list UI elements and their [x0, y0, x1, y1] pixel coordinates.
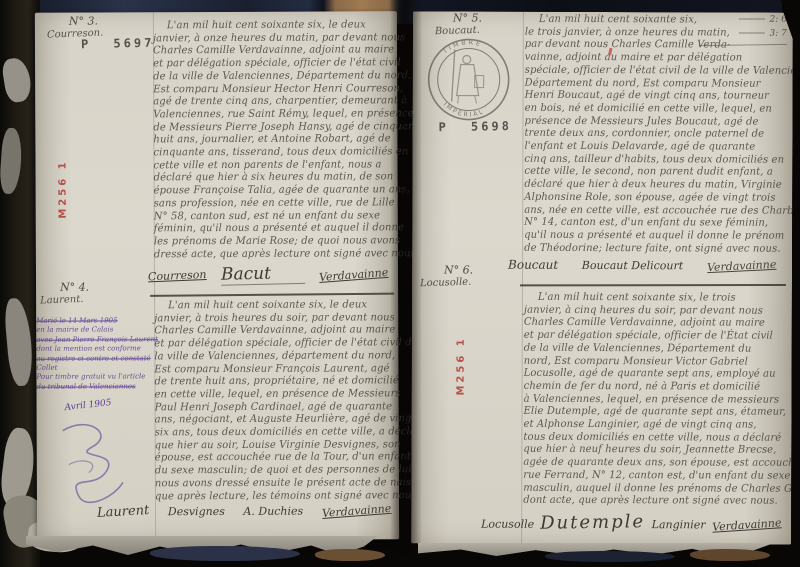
seal-top-text: TIMBRE: [440, 38, 483, 56]
manuscript-line: Alphonsine Role, son épouse, agée de vin…: [524, 191, 782, 205]
act-number: N° 3.: [69, 15, 98, 28]
act-number: N° 6.: [444, 263, 473, 276]
manuscript-line: la ville de Valenciennes, département du…: [154, 350, 392, 364]
archive-red-stamp: M256 1: [57, 149, 68, 219]
manuscript-line: agée de quarante deux ans, son épouse, e…: [523, 457, 781, 471]
manuscript-line: l'enfant et Louis Delavarde, agé de quar…: [524, 141, 782, 155]
entry-separator-line: [150, 293, 394, 297]
register-book-photo: N° 3. Courreson. P 5697 M256 1 L'an mil …: [0, 0, 800, 567]
signature: Dutemple: [540, 511, 645, 533]
signature: Boucaut Delicourt: [582, 259, 683, 272]
act-number: N° 4.: [60, 281, 89, 294]
manuscript-line: dressé acte, que après lecture ont signé…: [154, 248, 392, 262]
manuscript-line: de la ville de Valenciennes, Département…: [153, 70, 391, 84]
manuscript-line: rue Ferrand, N° 12, canton est, d'un enf…: [523, 469, 781, 483]
marriage-marginal-note: Marié le 14 Mars 1905en la mairie de Cal…: [36, 316, 152, 392]
manuscript-line: sans profession, née en cette ville, rue…: [154, 197, 392, 211]
marbled-cover-patch: [150, 546, 300, 561]
signature-row: BoucautBoucaut DelicourtVerdavainne: [508, 258, 776, 283]
entry-separator-line: [520, 284, 786, 286]
manuscript-line: nous avons dressé ensuite le présent act…: [155, 477, 393, 491]
signature-row: LaurentDesvignesA. DuchiesVerdavainne: [97, 503, 391, 530]
marginal-note-line: en la mairie de Calais: [36, 326, 152, 336]
left-page: N° 3. Courreson. P 5697 M256 1 L'an mil …: [35, 11, 399, 541]
seal-figure: [452, 49, 484, 103]
act-text: L'an mil huit cent soixante six, le deux…: [153, 19, 392, 261]
manuscript-line: en bois, né et domicilié en cette ville,…: [525, 102, 783, 116]
marginal-note-date: Avril 1905: [64, 398, 112, 413]
manuscript-line: de la ville de Valenciennes, Département…: [524, 342, 782, 356]
manuscript-line: spéciale, officier de l'état civil de la…: [525, 64, 783, 78]
manuscript-line: dont acte, que après lecture ont signé a…: [523, 495, 781, 509]
marbled-cover-patch: [690, 549, 770, 561]
marginal-note-line: au registre ci-contre et constaté: [36, 354, 152, 364]
act-name: Locusolle.: [420, 277, 472, 290]
manuscript-line: les prénoms de Marie Rose; de quoi nous …: [154, 235, 392, 249]
marginal-note-line: Collet: [36, 363, 152, 373]
signature: Langinier: [652, 518, 706, 531]
signature: Boucaut: [508, 258, 558, 272]
act-name: Laurent.: [40, 294, 84, 307]
signature-row: CourresonBacutVerdavainne: [148, 263, 388, 290]
right-page: N° 5. Boucaut. TIMBRE IMPERIAL: [411, 11, 793, 544]
manuscript-line: L'an mil huit cent soixante six, le deux: [153, 19, 391, 33]
signature: Desvignes: [168, 505, 225, 518]
manuscript-line: de Théodorine; lecture faite, ont signé …: [524, 242, 782, 256]
manuscript-line: L'an mil huit cent soixante six, le troi…: [524, 291, 782, 305]
manuscript-line: vainne, adjoint au maire et par délégati…: [525, 52, 783, 66]
timbre-imperial-seal: TIMBRE IMPERIAL: [425, 35, 513, 123]
act-text: L'an mil huit cent soixante six, le deux…: [154, 299, 393, 503]
manuscript-line: en cette ville, lequel, en présence de M…: [154, 388, 392, 402]
press-number-stamp: P 5697: [81, 36, 155, 52]
manuscript-line: L'an mil huit cent soixante six, le deux: [154, 299, 392, 313]
book-gutter-shadow: [390, 0, 422, 555]
signature: Verdavainne: [321, 502, 391, 520]
svg-text:TIMBRE: TIMBRE: [440, 38, 483, 56]
signature: Verdavainne: [318, 266, 388, 284]
seal-bottom-text: IMPERIAL: [442, 100, 486, 118]
signature: A. Duchies: [243, 505, 303, 518]
signature: Verdavainne: [706, 258, 776, 274]
manuscript-line: L'an mil huit cent soixante six,: [525, 13, 783, 27]
press-number-stamp: P 5698: [438, 119, 512, 134]
manuscript-line: cinquante ans, tisserand, tous deux domi…: [153, 146, 391, 160]
marginal-note-line: dont la mention est conforme: [36, 345, 152, 355]
act-text: L'an mil huit cent soixante six,le trois…: [524, 14, 783, 256]
manuscript-line: six ans, tous deux domiciliés en cette v…: [155, 426, 393, 440]
svg-text:IMPERIAL: IMPERIAL: [442, 100, 486, 118]
marginal-note-line: Marié le 14 Mars 1905: [36, 316, 152, 326]
marginal-note-line: Pour timbre gratuit vu l'article: [36, 373, 152, 383]
manuscript-line: Valenciennes, rue Saint Rémy, lequel, en…: [153, 108, 391, 122]
archive-red-stamp: M256 1: [456, 321, 467, 395]
signature: Verdavainne: [711, 516, 781, 534]
signature: Bacut: [220, 263, 304, 286]
purple-flourish-signature: [49, 412, 139, 517]
manuscript-line: que après lecture, les témoins ont signé…: [155, 490, 393, 504]
marbled-cover-patch: [315, 549, 385, 561]
act-number: N° 5.: [453, 11, 482, 24]
marginal-note-line: du tribunal de Valenciennes: [36, 382, 152, 392]
signature-row: LocusolleDutempleLanginierVerdavainne: [481, 512, 781, 541]
manuscript-line: et Alphonse Langinier, agé de vingt cinq…: [523, 419, 781, 433]
manuscript-line: qu'il nous a présenté et auquel il donne…: [524, 229, 782, 243]
signature: Courreson: [148, 268, 207, 283]
manuscript-line: chemin de fer du nord, né à Paris et dom…: [524, 380, 782, 394]
signature: Laurent: [97, 503, 150, 521]
signature: Locusolle: [481, 518, 534, 531]
marbled-cover-patch: [545, 551, 675, 562]
act-text: L'an mil huit cent soixante six, le troi…: [523, 292, 782, 509]
marginal-note-line: avec Jean Pierre François Laurent: [36, 335, 152, 345]
manuscript-line: et par délégation spéciale, officier de …: [524, 330, 782, 344]
